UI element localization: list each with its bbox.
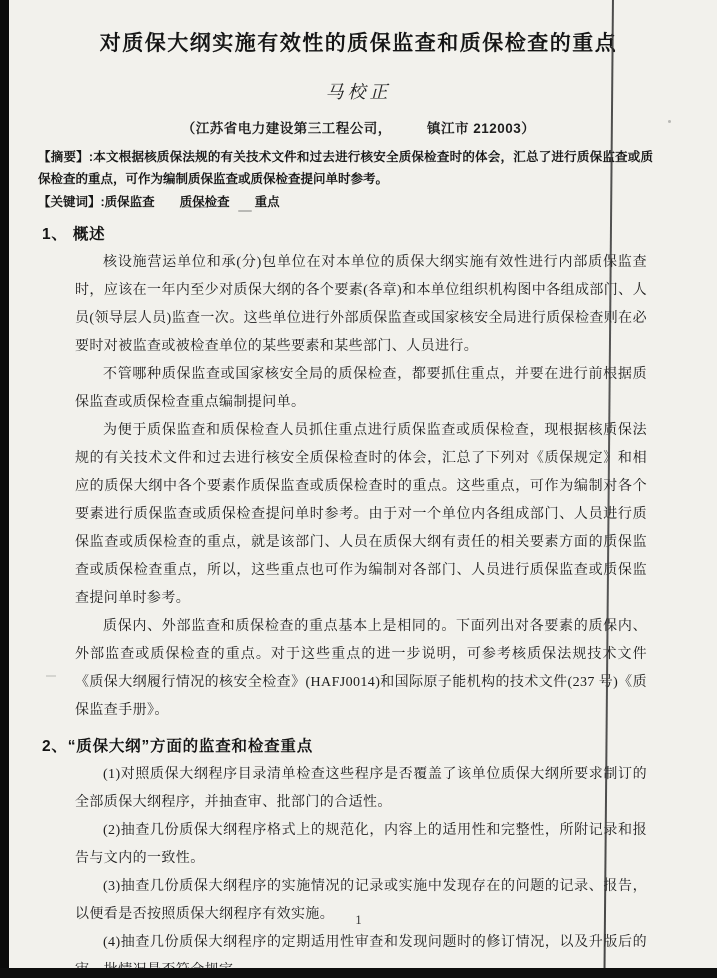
section-heading-2: 2、“质保大纲”方面的监查和检查重点 bbox=[42, 734, 657, 756]
scan-speck bbox=[182, 206, 208, 208]
keywords-label: 【关键词】: bbox=[38, 195, 105, 209]
scanned-document-page: 对质保大纲实施有效性的质保监查和质保检查的重点 马校正 （江苏省电力建设第三工程… bbox=[0, 0, 717, 978]
scan-edge-bottom bbox=[0, 968, 717, 978]
scan-speck bbox=[668, 120, 671, 123]
abstract-text: 本文根据核质保法规的有关技术文件和过去进行核安全质保检查时的体会，汇总了进行质保… bbox=[38, 150, 653, 186]
abstract-paragraph: 【摘要】:本文根据核质保法规的有关技术文件和过去进行核安全质保检查时的体会，汇总… bbox=[38, 146, 653, 190]
paragraph: 为便于质保监查和质保检查人员抓住重点进行质保监查或质保检查，现根据核质保法规的有… bbox=[75, 417, 647, 613]
scan-speck bbox=[46, 675, 56, 677]
scan-speck bbox=[238, 210, 252, 212]
page-number: 1 bbox=[0, 913, 717, 928]
author-name: 马校正 bbox=[0, 78, 717, 104]
paragraph: 质保内、外部监查和质保检查的重点基本上是相同的。下面列出对各要素的质保内、外部监… bbox=[75, 613, 647, 725]
paragraph: 不管哪种质保监查或国家核安全局的质保检查，都要抓住重点，并要在进行前根据质保监查… bbox=[75, 361, 647, 417]
paragraph: (1)对照质保大纲程序目录清单检查这些程序是否覆盖了该单位质保大纲所要求制订的全… bbox=[75, 761, 647, 817]
paper-title: 对质保大纲实施有效性的质保监查和质保检查的重点 bbox=[58, 27, 659, 57]
keywords-line: 【关键词】:质保监查 质保检查 重点 bbox=[38, 191, 653, 213]
paragraph: (2)抽查几份质保大纲程序格式上的规范化，内容上的适用性和完整性，所附记录和报告… bbox=[75, 817, 647, 873]
author-affiliation: （江苏省电力建设第三工程公司， 镇江市 212003） bbox=[0, 117, 717, 137]
scan-edge-left bbox=[0, 0, 9, 978]
section-heading-1: 1、 概述 bbox=[42, 222, 657, 244]
abstract-label: 【摘要】: bbox=[38, 150, 93, 164]
paragraph: 核设施营运单位和承(分)包单位在对本单位的质保大纲实施有效性进行内部质保监查时，… bbox=[75, 249, 647, 361]
